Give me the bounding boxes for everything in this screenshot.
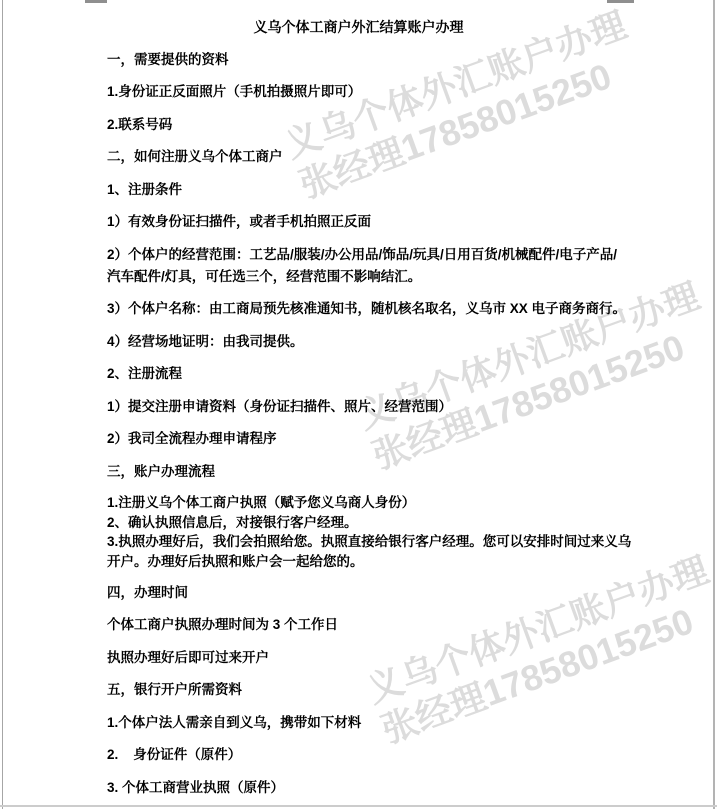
text-line: 个体工商户执照办理时间为 3 个工作日 — [107, 614, 681, 636]
text-line: 2）个体户的经营范围：工艺品/服装/办公用品/饰品/玩具/日用百货/机械配件/电… — [107, 244, 681, 266]
text-line: 3. 个体工商营业执照（原件） — [107, 777, 681, 799]
page-title: 义乌个体工商户外汇结算账户办理 — [0, 0, 717, 38]
text-line: 1）提交注册申请资料（身份证扫描件、照片、经营范围） — [107, 396, 681, 418]
heading-line: 1、注册条件 — [107, 179, 681, 201]
text-line: 1.个体户法人需亲自到义乌，携带如下材料 — [107, 712, 681, 734]
text-line: 汽车配件/灯具，可任选三个，经营范围不影响结汇。 — [107, 266, 681, 288]
text-line: 开户。办理好后执照和账户会一起给您的。 — [107, 552, 681, 572]
text-line: 4）经营场地证明：由我司提供。 — [107, 331, 681, 353]
heading-line: 三，账户办理流程 — [107, 461, 681, 483]
text-line: 1.注册义乌个体工商户执照（赋予您义乌商人身份） — [107, 493, 681, 513]
heading-line: 五，银行开户所需资料 — [107, 679, 681, 701]
text-line: 3.执照办理好后，我们会拍照给您。执照直接给银行客户经理。您可以安排时间过来义乌 — [107, 532, 681, 552]
text-line: 1）有效身份证扫描件，或者手机拍照正反面 — [107, 211, 681, 233]
heading-line: 二，如何注册义乌个体工商户 — [107, 146, 681, 168]
document-body: 一，需要提供的资料 1.身份证正反面照片（手机拍摄照片即可） 2.联系号码 二，… — [0, 49, 717, 799]
text-line: 1.身份证正反面照片（手机拍摄照片即可） — [107, 81, 681, 103]
text-line: 执照办理好后即可过来开户 — [107, 647, 681, 669]
heading-line: 四，办理时间 — [107, 582, 681, 604]
document-content: 义乌个体工商户外汇结算账户办理 一，需要提供的资料 1.身份证正反面照片（手机拍… — [0, 0, 717, 809]
heading-line: 2、注册流程 — [107, 363, 681, 385]
text-line: 2. 身份证件（原件） — [107, 744, 681, 766]
heading-line: 一，需要提供的资料 — [107, 49, 681, 71]
document-page: 义乌个体外汇账户办理 张经理17858015250 义乌个体外汇账户办理 张经理… — [0, 0, 717, 809]
text-line: 2.联系号码 — [107, 114, 681, 136]
text-line: 3）个体户名称：由工商局预先核准通知书，随机核名取名，义乌市 XX 电子商务商行… — [107, 298, 681, 320]
text-line: 2、确认执照信息后，对接银行客户经理。 — [107, 513, 681, 533]
text-line: 2）我司全流程办理申请程序 — [107, 428, 681, 450]
